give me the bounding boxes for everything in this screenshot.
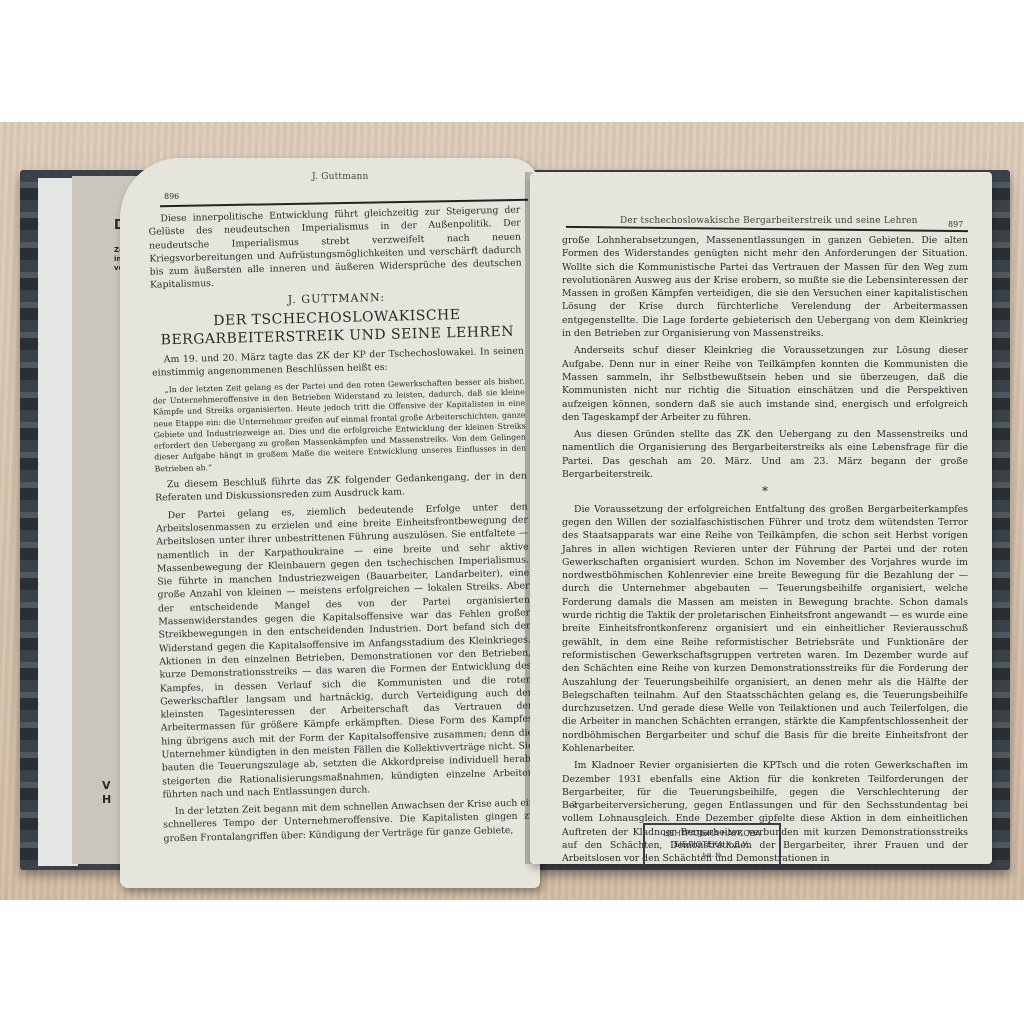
paragraph: Zu diesem Beschluß führte das ZK folgend… bbox=[155, 470, 528, 506]
paragraph: Die Voraussetzung der erfolgreichen Entf… bbox=[562, 503, 968, 756]
left-page-body: Diese innerpolitische Entwicklung führt … bbox=[148, 204, 535, 850]
stamp-line: Інв. № bbox=[645, 850, 779, 861]
page-number: 897 bbox=[948, 220, 963, 229]
running-head: Der tschechoslowakische Bergarbeiterstre… bbox=[620, 216, 918, 226]
page-number: 896 bbox=[164, 192, 179, 201]
flyleaf-fragment: V bbox=[102, 779, 111, 792]
quotation: „In der letzten Zeit gelang es der Parte… bbox=[152, 375, 526, 474]
stamp-line: ЦЕНТРАЛЬНА НАУКОВА bbox=[645, 828, 779, 839]
paragraph: Anderseits schuf dieser Kleinkrieg die V… bbox=[562, 344, 968, 424]
paragraph: Am 19. und 20. März tagte das ZK der KP … bbox=[152, 345, 525, 381]
section-separator: * bbox=[562, 485, 968, 498]
paragraph: Der Partei gelang es, ziemlich bedeutend… bbox=[156, 500, 535, 802]
header-rule bbox=[566, 226, 968, 232]
right-page: Der tschechoslowakische Bergarbeiterstre… bbox=[530, 172, 992, 864]
paragraph: Aus diesen Gründen stellte das ZK den Ue… bbox=[562, 428, 968, 481]
stamp-line: БІБЛІОТЕКА Х.Д.У. bbox=[645, 839, 779, 850]
running-head: J. Guttmann bbox=[312, 172, 369, 182]
right-page-body: große Lohnherabsetzungen, Massenentlassu… bbox=[562, 234, 968, 870]
paragraph: In der letzten Zeit begann mit dem schne… bbox=[163, 797, 536, 846]
left-page: J. Guttmann 896 Diese innerpolitische En… bbox=[120, 158, 540, 888]
paragraph: Diese innerpolitische Entwicklung führt … bbox=[148, 204, 522, 293]
paragraph: große Lohnherabsetzungen, Massenentlassu… bbox=[562, 234, 968, 340]
signature-mark: 2 bbox=[572, 800, 577, 809]
library-stamp: ЦЕНТРАЛЬНА НАУКОВА БІБЛІОТЕКА Х.Д.У. Інв… bbox=[643, 823, 781, 865]
article-title: DER TSCHECHOSLOWAKISCHEBERGARBEITERSTREI… bbox=[151, 305, 524, 350]
flyleaf-fragment: H bbox=[102, 793, 111, 806]
